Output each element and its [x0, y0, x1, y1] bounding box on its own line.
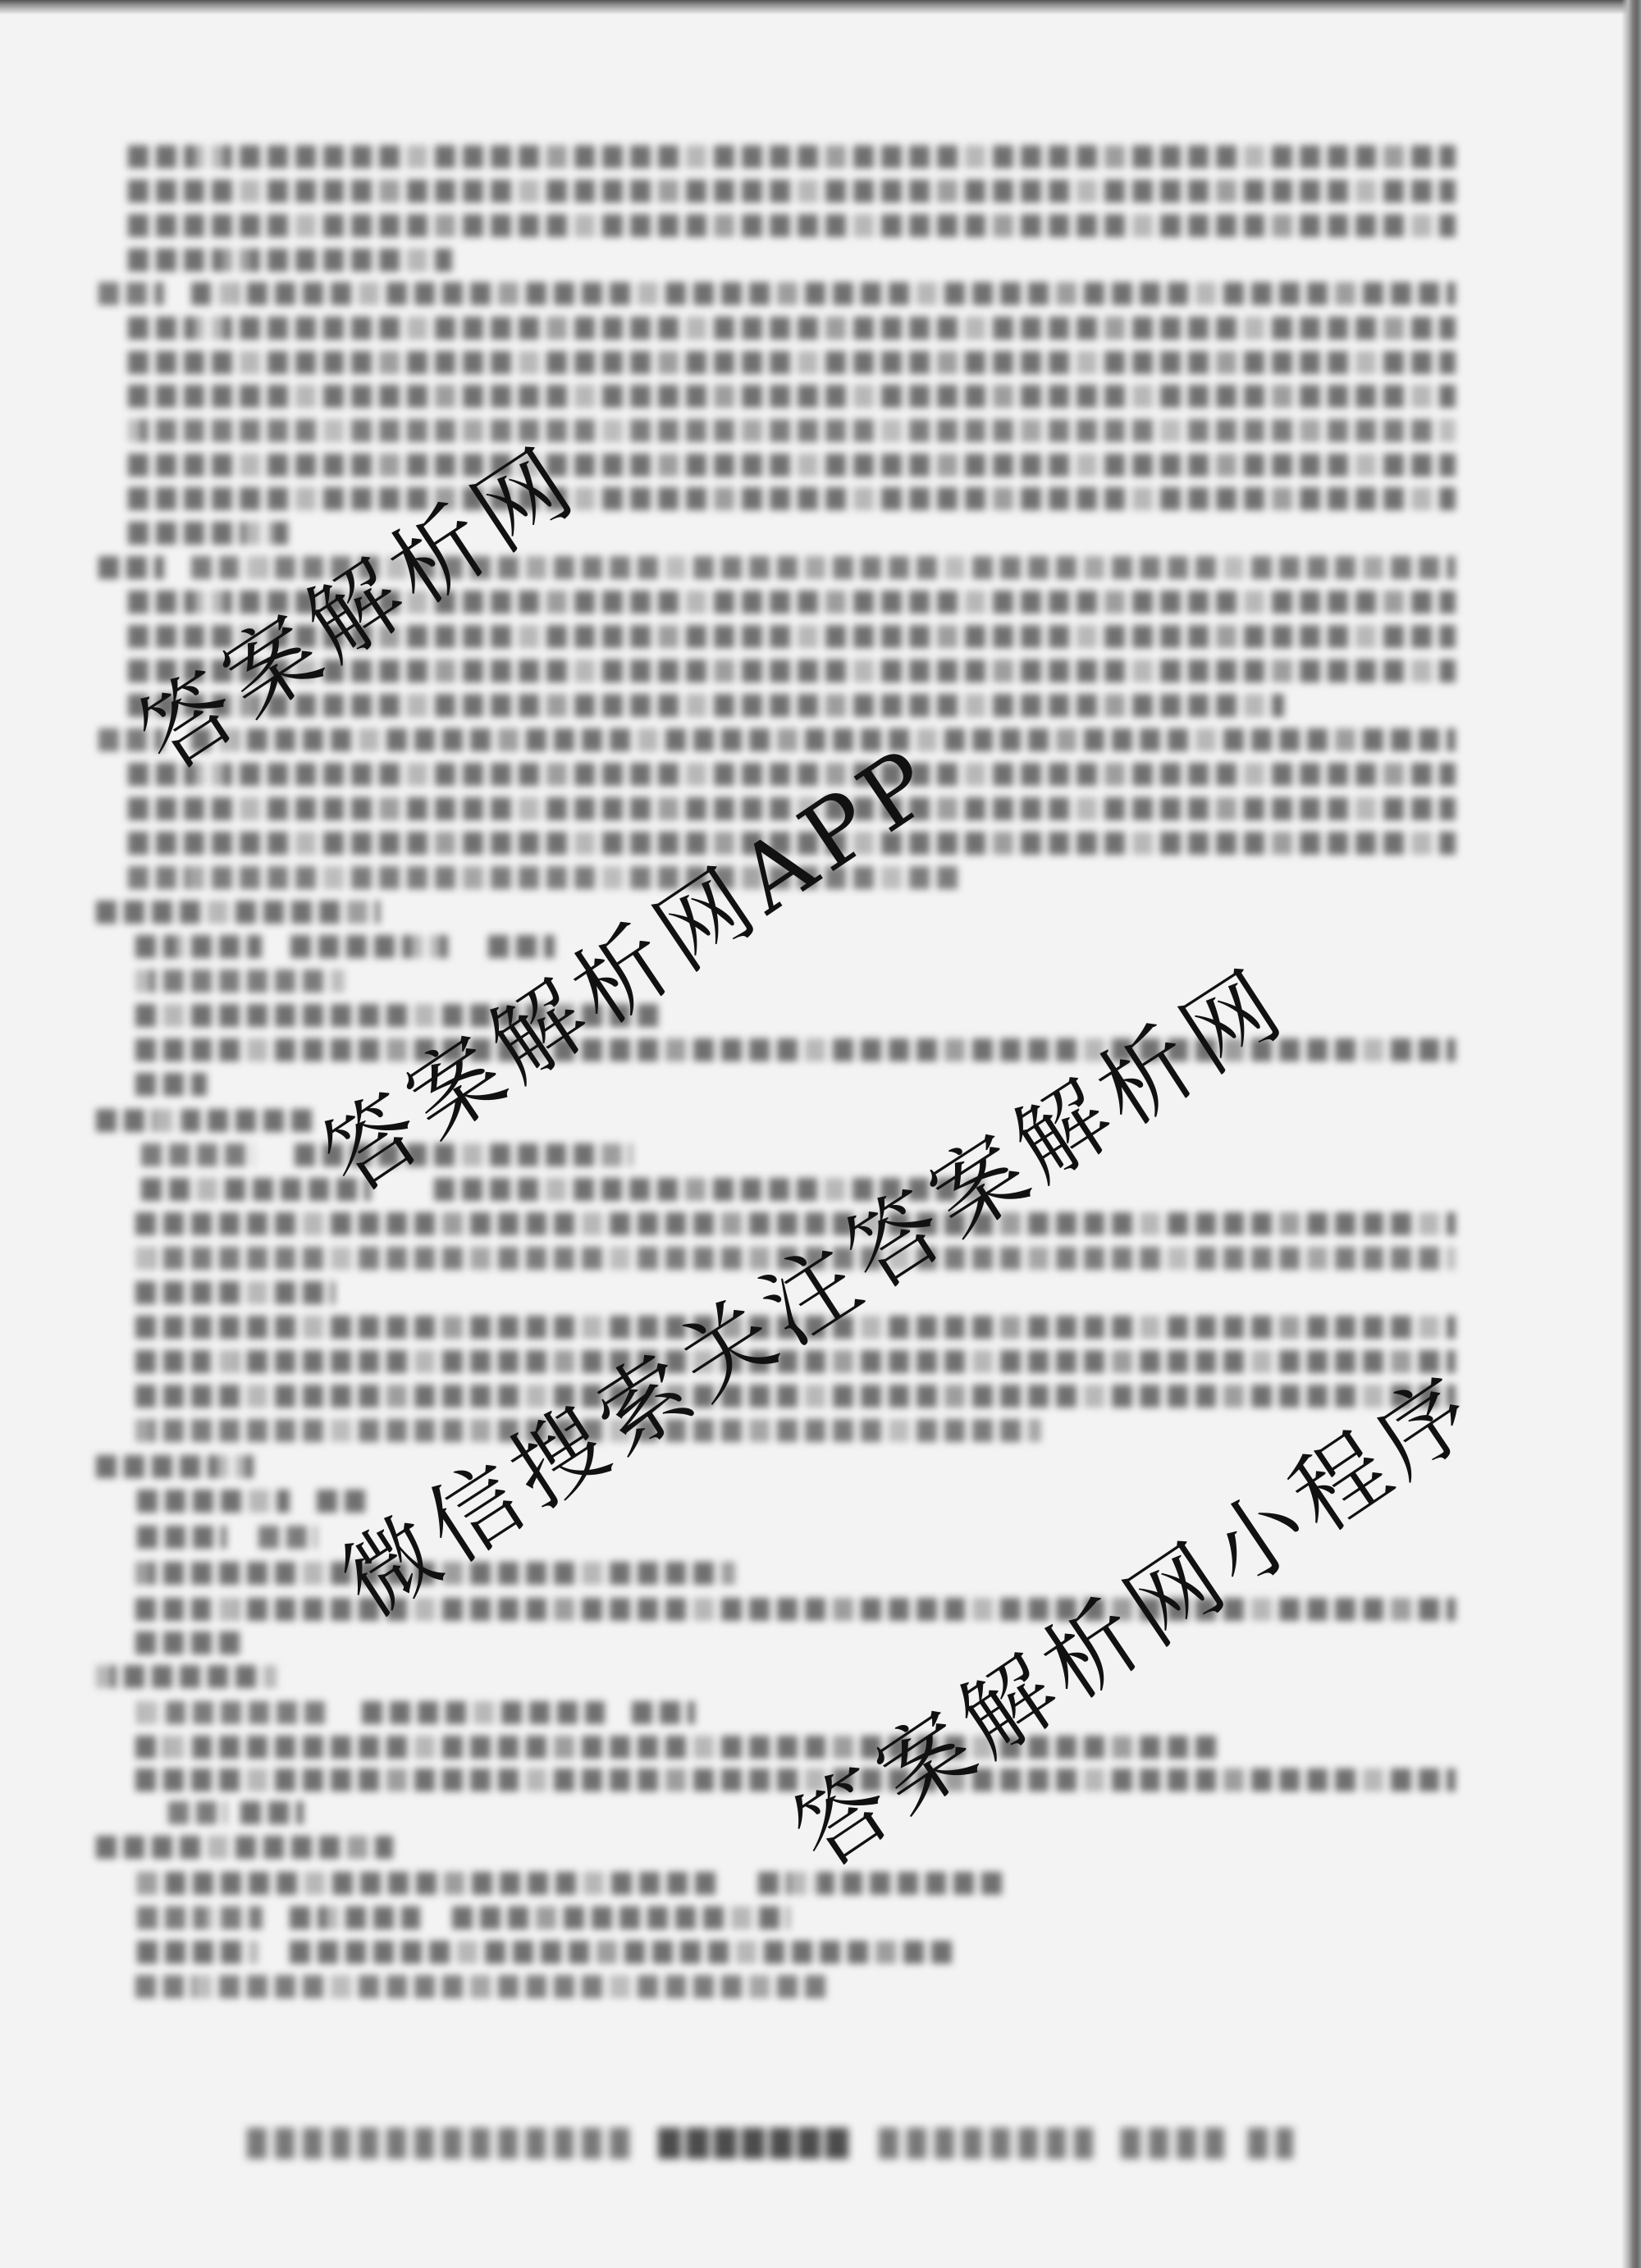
blurred-page-footer: [0, 0, 1641, 2268]
blurred-footer-text: [247, 2128, 638, 2159]
scan-edge-right: [1621, 0, 1641, 2268]
blurred-footer-text: [879, 2128, 1093, 2159]
blurred-footer-text: [658, 2128, 851, 2159]
blurred-footer-text: [1121, 2128, 1224, 2159]
blurred-footer-text: [1248, 2128, 1293, 2159]
scan-edge-top: [0, 0, 1641, 15]
scanned-document-page: 答案解析网 答案解析网APP 微信搜索关注答案解析网 答案解析网小程序: [0, 0, 1641, 2268]
